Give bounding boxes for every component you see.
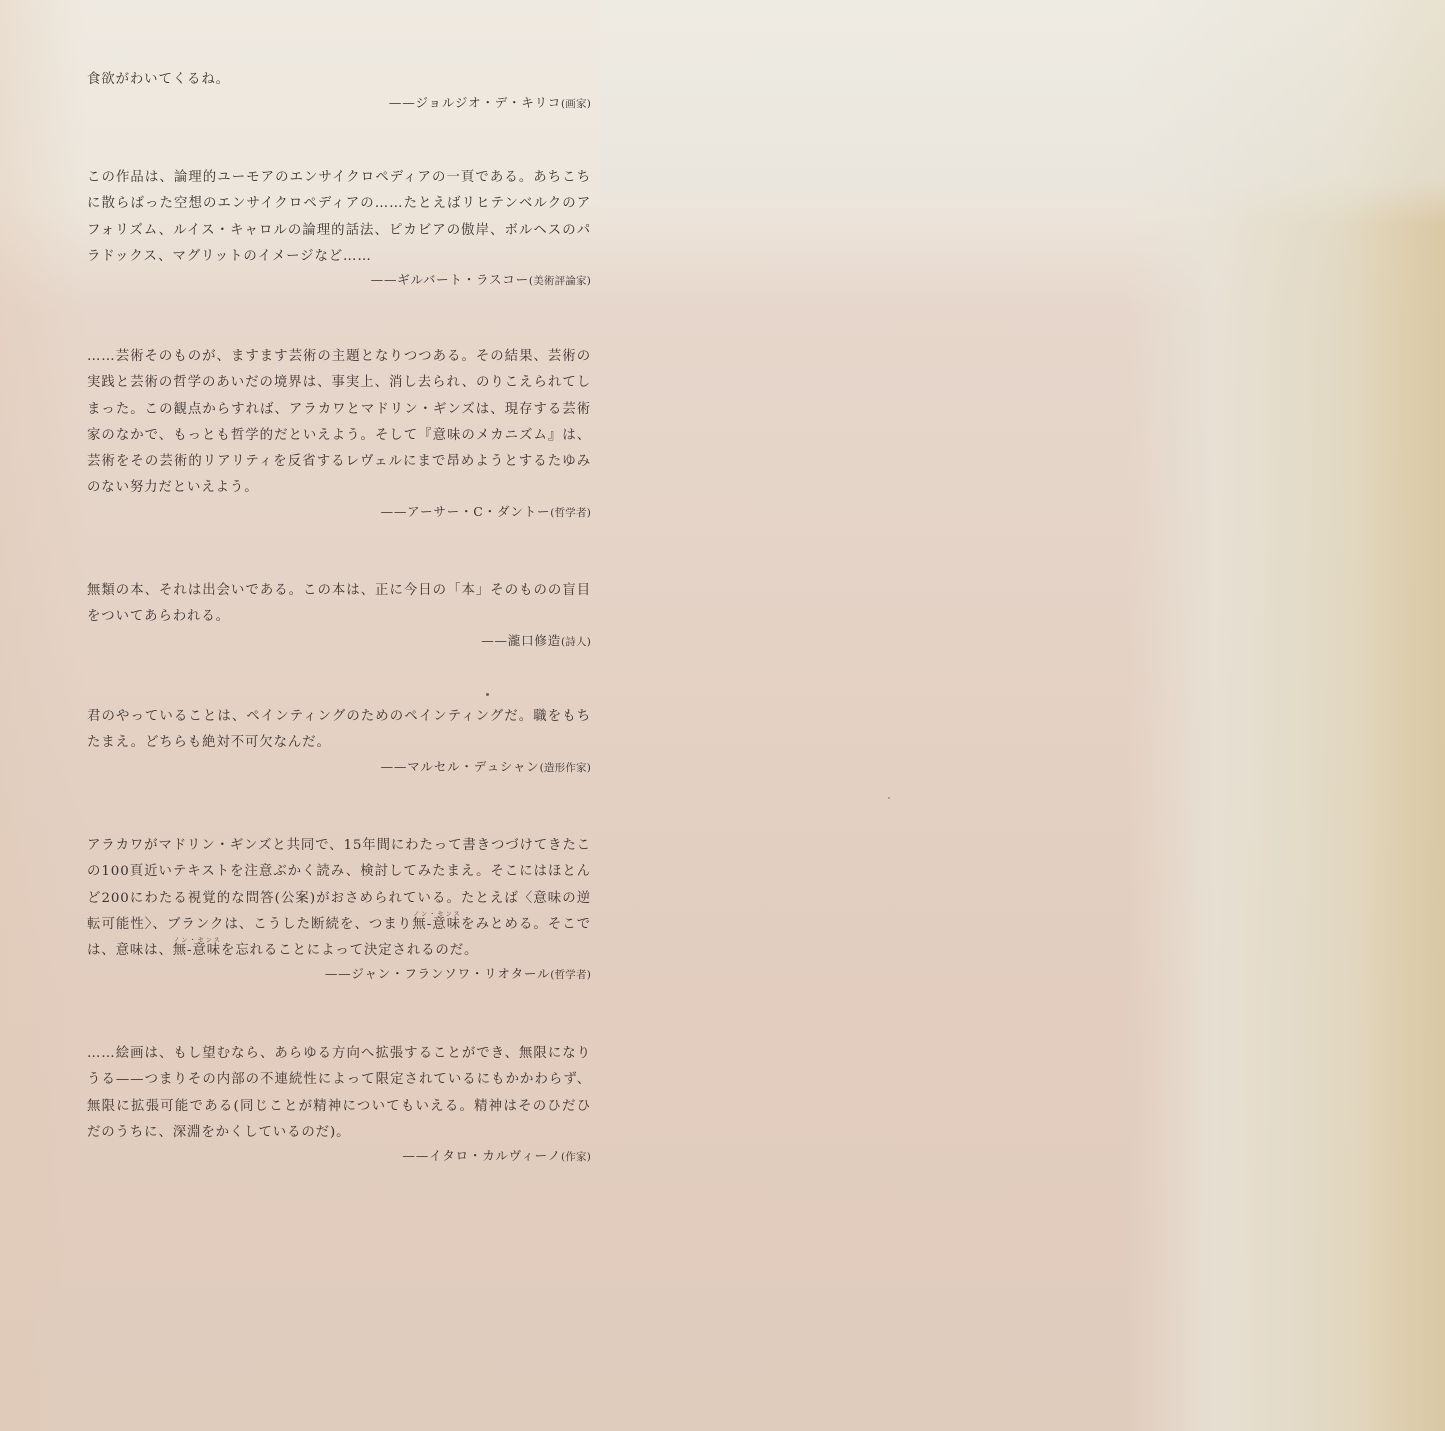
author-role: (哲学者): [550, 969, 591, 981]
quote-danto: ……芸術そのものが、ますます芸術の主題となりつつある。その結果、芸術の実践と芸術…: [87, 344, 591, 523]
quote-text: ……絵画は、もし望むなら、あらゆる方向へ拡張することができ、無限になりうる——つ…: [87, 1041, 591, 1146]
paper-speck: [888, 797, 890, 799]
paper-speck: [486, 693, 489, 696]
author-name: ——マルセル・デュシャン: [381, 759, 540, 774]
author-name: ——ジャン・フランソワ・リオタール: [325, 966, 550, 981]
author-role: (画家): [561, 98, 591, 110]
author-role: (造形作家): [540, 762, 591, 774]
author-name: ——イタロ・カルヴィーノ: [402, 1148, 561, 1163]
author-name: ——瀧口修造: [481, 633, 561, 648]
quote-attribution: ——マルセル・デュシャン(造形作家): [87, 757, 591, 778]
paper-light-band: [600, 0, 1445, 225]
author-role: (美術評論家): [529, 275, 591, 287]
quote-calvino: ……絵画は、もし望むなら、あらゆる方向へ拡張することができ、無限になりうる——つ…: [87, 1041, 591, 1167]
ruby-base: 無-意味: [412, 917, 461, 932]
author-role: (哲学者): [550, 507, 591, 519]
quote-attribution: ——ジョルジオ・デ・キリコ(画家): [87, 93, 591, 114]
quote-attribution: ——瀧口修造(詩人): [87, 631, 591, 652]
author-role: (詩人): [561, 636, 591, 648]
quote-lyotard: アラカワがマドリン・ギンズと共同で、15年間にわたって書きつづけてきたこの100…: [87, 833, 591, 985]
furigana-nonsense-2: 無-意味ノン・センス: [173, 943, 221, 958]
ruby-reading: ノン・センス: [412, 911, 461, 918]
author-name: ——アーサー・C・ダントー: [381, 504, 551, 519]
quote-text: ……芸術そのものが、ますます芸術の主題となりつつある。その結果、芸術の実践と芸術…: [87, 344, 591, 502]
ruby-reading: ノン・センス: [173, 937, 221, 944]
author-role: (作家): [561, 1151, 591, 1163]
quote-text-part: を忘れることによって決定されるのだ。: [221, 943, 478, 958]
quote-text: 君のやっていることは、ペインティングのためのペインティングだ。職をもちたまえ。ど…: [87, 704, 591, 757]
author-name: ——ジョルジオ・デ・キリコ: [389, 95, 561, 110]
ruby-base: 無-意味: [173, 943, 221, 958]
quote-de-chirico: 食欲がわいてくるね。 ——ジョルジオ・デ・キリコ(画家): [87, 67, 591, 114]
quote-text: この作品は、論理的ユーモアのエンサイクロペディアの一頁である。あちこちに散らばっ…: [87, 165, 591, 270]
quote-rasco: この作品は、論理的ユーモアのエンサイクロペディアの一頁である。あちこちに散らばっ…: [87, 165, 591, 291]
quote-text: 食欲がわいてくるね。: [87, 67, 591, 93]
quote-attribution: ——ギルバート・ラスコー(美術評論家): [87, 270, 591, 291]
quote-text: 無類の本、それは出会いである。この本は、正に今日の「本」そのものの盲目をついてあ…: [87, 578, 591, 631]
quote-takiguchi: 無類の本、それは出会いである。この本は、正に今日の「本」そのものの盲目をついてあ…: [87, 578, 591, 652]
furigana-nonsense-1: 無-意味ノン・センス: [412, 917, 461, 932]
author-name: ——ギルバート・ラスコー: [371, 272, 529, 287]
quote-duchamp: 君のやっていることは、ペインティングのためのペインティングだ。職をもちたまえ。ど…: [87, 704, 591, 778]
quote-text: アラカワがマドリン・ギンズと共同で、15年間にわたって書きつづけてきたこの100…: [87, 833, 591, 964]
quote-attribution: ——ジャン・フランソワ・リオタール(哲学者): [87, 964, 591, 985]
quote-attribution: ——アーサー・C・ダントー(哲学者): [87, 502, 591, 523]
quote-attribution: ——イタロ・カルヴィーノ(作家): [87, 1146, 591, 1167]
